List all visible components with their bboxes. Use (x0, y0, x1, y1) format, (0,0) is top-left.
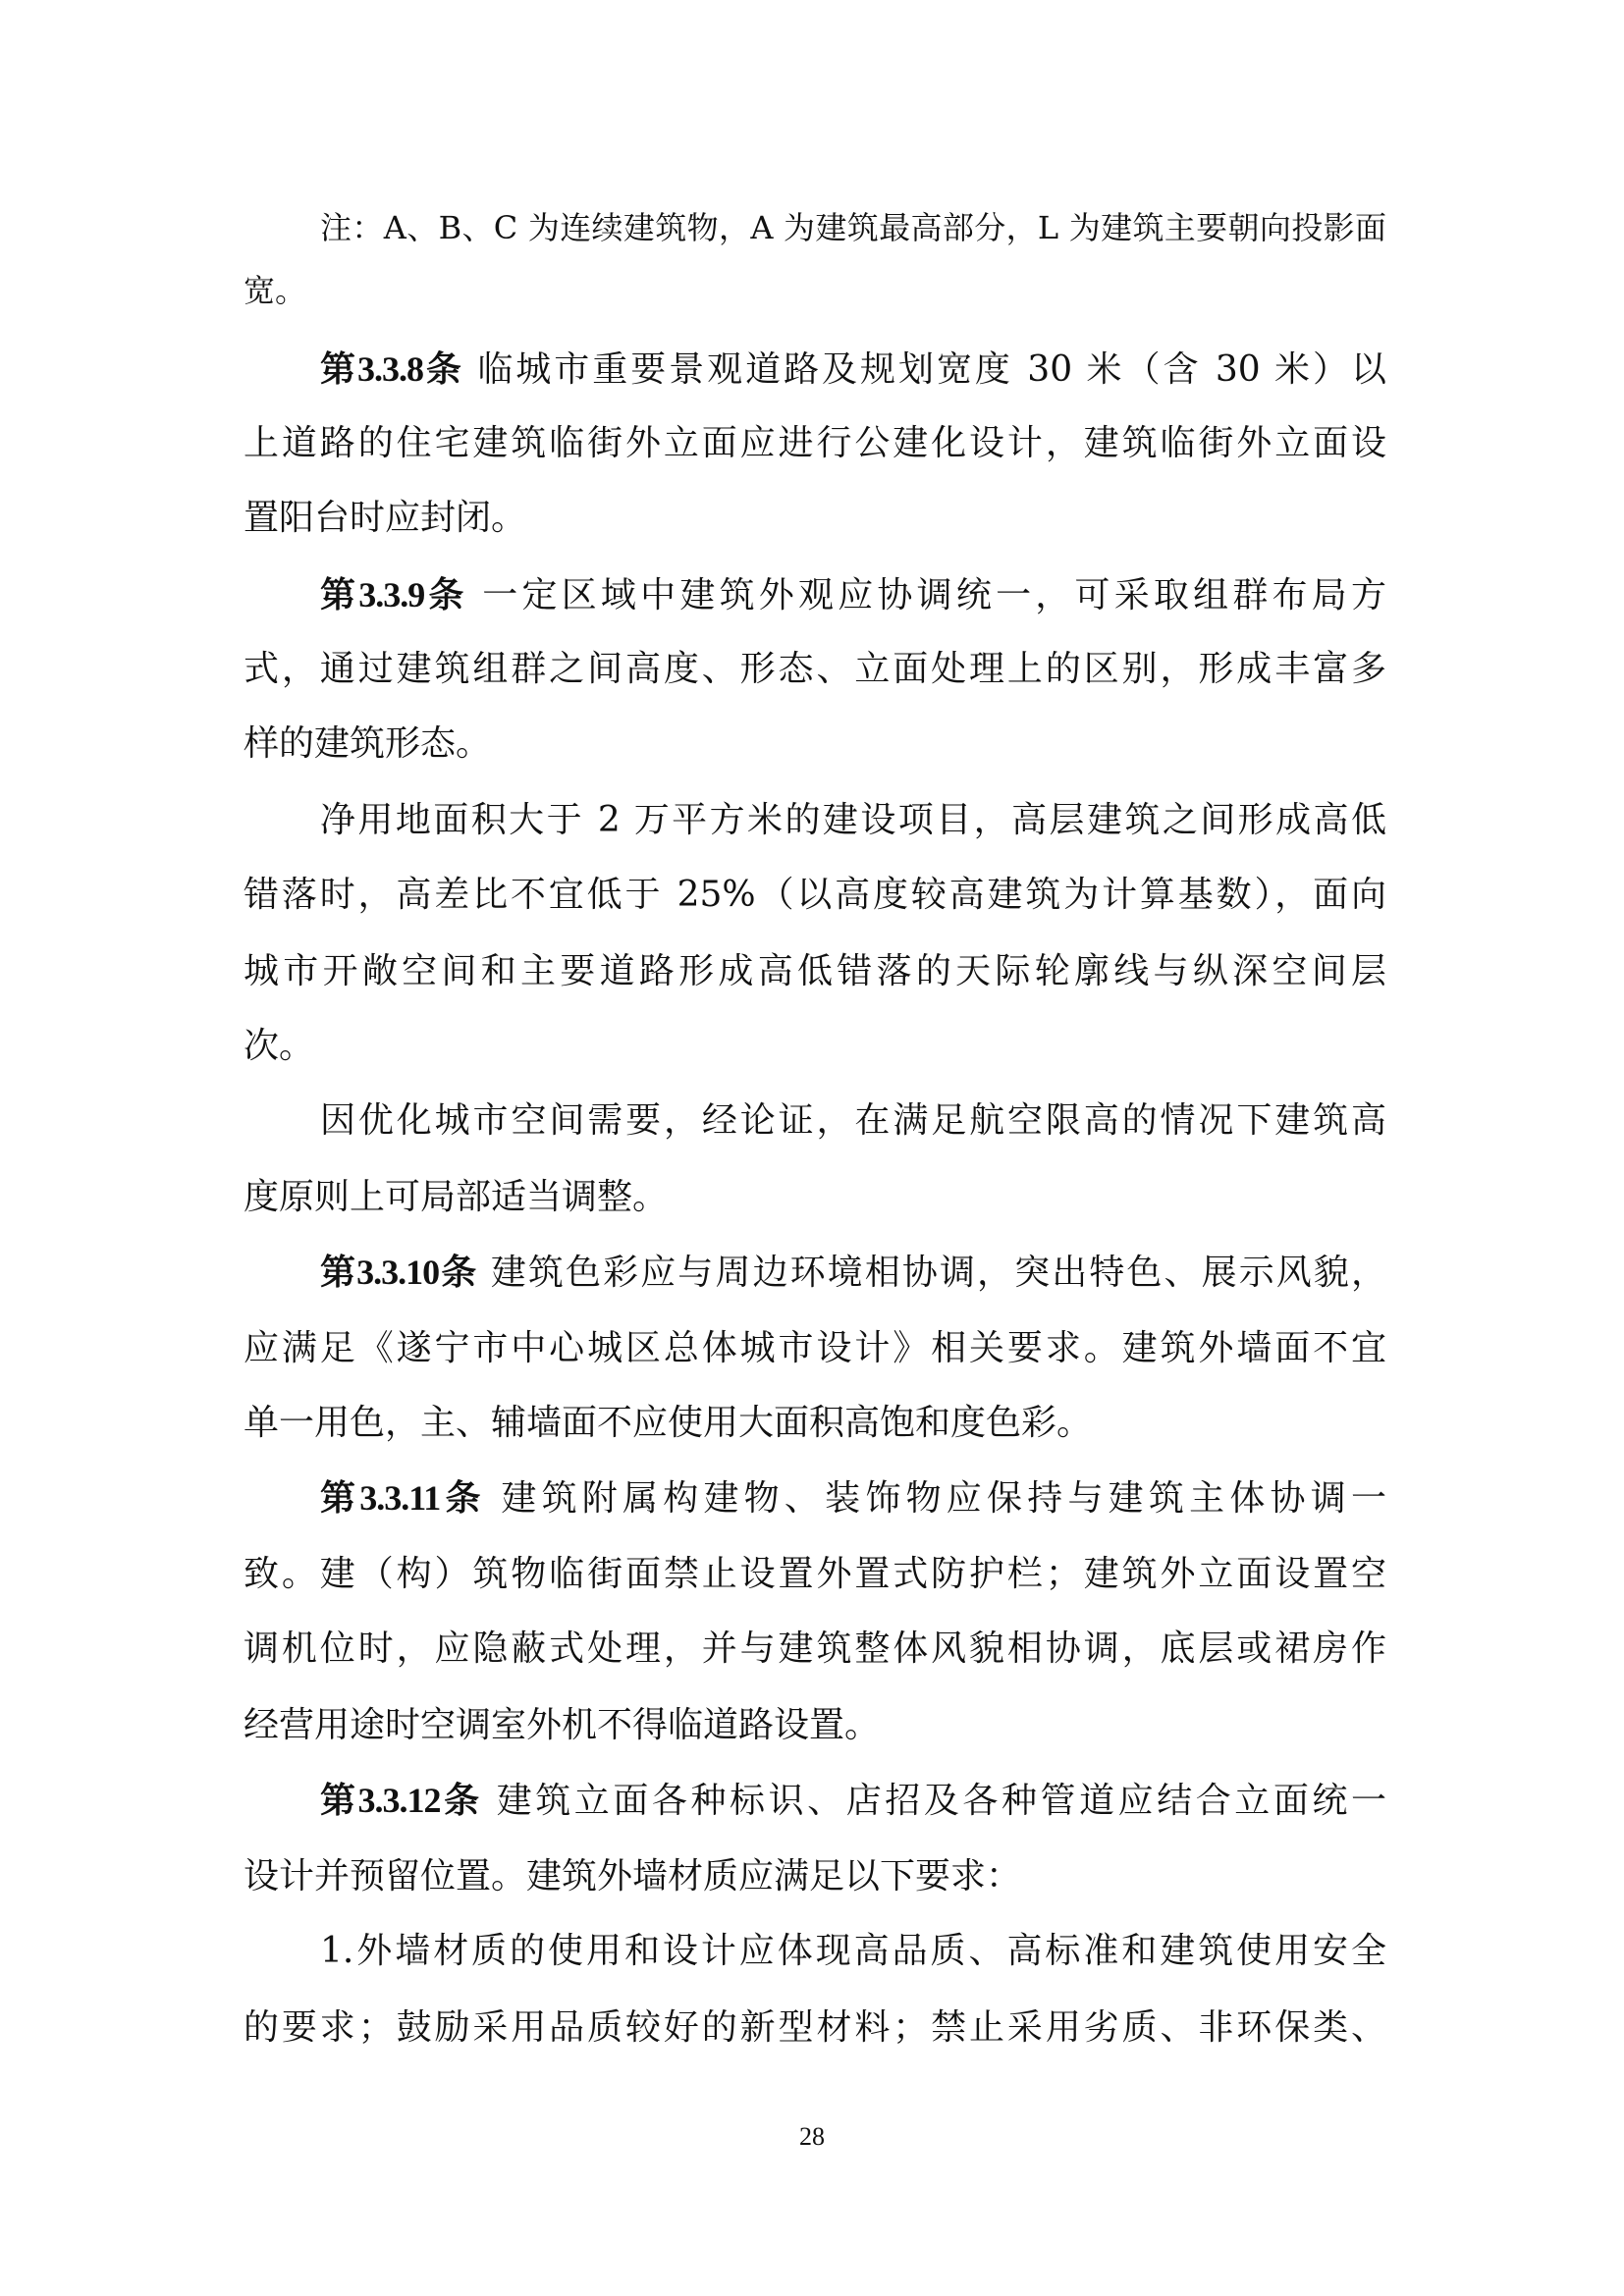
height-difference-line-2: 错落时，高差比不宜低于 25%（以高度较高建筑为计算基数），面向 (244, 872, 1386, 919)
figure-note-line-2: 宽。 (244, 267, 1386, 314)
item-1-line-1: 1.外墙材质的使用和设计应体现高品质、高标准和建筑使用安全 (320, 1928, 1386, 1975)
article-3-3-8-line-2: 上道路的住宅建筑临街外立面应进行公建化设计，建筑临街外立面设 (244, 420, 1386, 467)
height-difference-line-4: 次。 (244, 1023, 1386, 1070)
article-text: 建筑立面各种标识、店招及各种管道应结合立面统一 (482, 1781, 1386, 1821)
article-3-3-10-line-3: 单一用色，主、辅墙面不应使用大面积高饱和度色彩。 (244, 1400, 1386, 1447)
article-3-3-9-line-2: 式，通过建筑组群之间高度、形态、立面处理上的区别，形成丰富多 (244, 646, 1386, 693)
page-number: 28 (0, 2122, 1624, 2152)
article-3-3-12-line-1: 第3.3.12条 建筑立面各种标识、店招及各种管道应结合立面统一 (320, 1777, 1386, 1824)
figure-note-line-1: 注：A、B、C 为连续建筑物，A 为建筑最高部分，L 为建筑主要朝向投影面 (320, 204, 1386, 251)
article-3-3-9-line-1: 第3.3.9条 一定区域中建筑外观应协调统一，可采取组群布局方 (320, 571, 1386, 618)
height-adjust-line-2: 度原则上可局部适当调整。 (244, 1174, 1386, 1221)
article-3-3-8-line-3: 置阳台时应封闭。 (244, 495, 1386, 542)
article-number: 第3.3.8条 (320, 349, 463, 389)
article-3-3-10-line-2: 应满足《遂宁市中心城区总体城市设计》相关要求。建筑外墙面不宜 (244, 1325, 1386, 1372)
article-3-3-11-line-1: 第3.3.11条 建筑附属构建物、装饰物应保持与建筑主体协调一 (320, 1474, 1386, 1522)
article-number: 第3.3.11条 (320, 1478, 485, 1518)
article-3-3-8-line-1: 第3.3.8条 临城市重要景观道路及规划宽度 30 米（含 30 米）以 (320, 346, 1386, 393)
article-text: 建筑色彩应与周边环境相协调，突出特色、展示风貌， (477, 1253, 1386, 1293)
article-text: 一定区域中建筑外观应协调统一，可采取组群布局方 (467, 575, 1386, 615)
article-3-3-11-line-3: 调机位时，应隐蔽式处理，并与建筑整体风貌相协调，底层或裙房作 (244, 1626, 1386, 1673)
article-text: 临城市重要景观道路及规划宽度 30 米（含 30 米）以 (463, 349, 1386, 390)
article-text: 建筑附属构建物、装饰物应保持与建筑主体协调一 (485, 1478, 1386, 1519)
article-3-3-9-line-3: 样的建筑形态。 (244, 721, 1386, 768)
article-3-3-12-line-2: 设计并预留位置。建筑外墙材质应满足以下要求： (244, 1853, 1386, 1900)
article-number: 第3.3.12条 (320, 1781, 482, 1820)
height-adjust-line-1: 因优化城市空间需要，经论证，在满足航空限高的情况下建筑高 (320, 1097, 1386, 1145)
article-3-3-10-line-1: 第3.3.10条 建筑色彩应与周边环境相协调，突出特色、展示风貌， (320, 1249, 1386, 1296)
article-3-3-11-line-4: 经营用途时空调室外机不得临道路设置。 (244, 1702, 1386, 1749)
article-3-3-11-line-2: 致。建（构）筑物临街面禁止设置外置式防护栏；建筑外立面设置空 (244, 1551, 1386, 1598)
height-difference-line-3: 城市开敞空间和主要道路形成高低错落的天际轮廓线与纵深空间层 (244, 948, 1386, 995)
article-number: 第3.3.9条 (320, 575, 467, 614)
document-page: 注：A、B、C 为连续建筑物，A 为建筑最高部分，L 为建筑主要朝向投影面 宽。… (0, 0, 1624, 2296)
item-1-line-2: 的要求；鼓励采用品质较好的新型材料；禁止采用劣质、非环保类、 (244, 2004, 1386, 2052)
article-number: 第3.3.10条 (320, 1253, 477, 1292)
height-difference-line-1: 净用地面积大于 2 万平方米的建设项目，高层建筑之间形成高低 (320, 797, 1386, 844)
